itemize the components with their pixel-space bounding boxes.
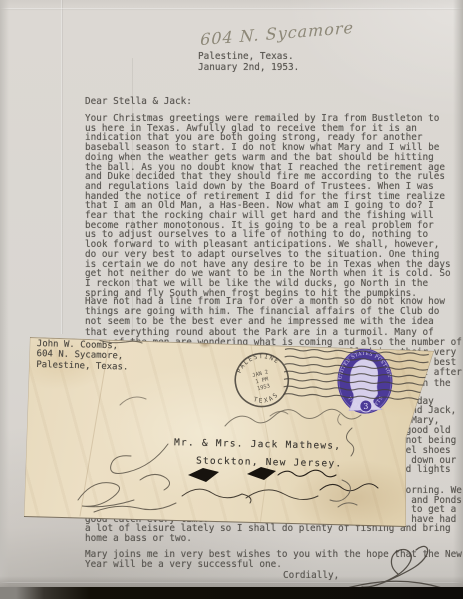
cancellation-wavy-lines [283, 346, 435, 403]
postmark-time: 1 PM [255, 376, 270, 385]
stamp-ring-bottom-text: THREE CENTS [346, 395, 385, 412]
ink-blots [188, 467, 276, 482]
typed-line: home a bass or two. [85, 534, 462, 544]
scanned-letter-photo: 604 N. Sycamore Palestine, Texas. Januar… [0, 0, 463, 599]
svg-text:THREE CENTS: THREE CENTS [346, 395, 385, 412]
postmark-city: PALESTINE [233, 348, 282, 375]
svg-text:PALESTINE: PALESTINE [233, 348, 282, 375]
closing-paragraph: Mary joins me in very best wishes to you… [85, 550, 462, 570]
typed-line: Year will be a very successful one. [85, 560, 462, 570]
postmark-date: JAN 2 [252, 369, 269, 379]
postmark: PALESTINE TEXAS JAN 2 1 PM 1953 [218, 337, 305, 424]
stamp-denomination: 3 [363, 402, 368, 411]
photo-edge-bar [0, 587, 463, 599]
letter-paragraph-1: Your Christmas greetings were remailed b… [85, 114, 451, 298]
washington-bust [347, 359, 382, 411]
stamp-ring-top-text: UNITED STATES POSTAGE [336, 350, 392, 380]
postmark-year: 1953 [257, 383, 271, 392]
return-address: John W. Coombs,604 N. Sycamore,Palestine… [36, 339, 129, 372]
svg-text:TEXAS: TEXAS [251, 390, 282, 407]
postmark-state: TEXAS [251, 390, 282, 407]
salutation: Dear Stella & Jack: [85, 96, 192, 107]
date-line: January 2nd, 1953. [198, 62, 299, 73]
svg-text:UNITED STATES POSTAGE: UNITED STATES POSTAGE [336, 350, 392, 380]
place-line: Palestine, Texas. [198, 51, 294, 62]
postage-stamp: UNITED STATES POSTAGE THREE CENTS 3 [333, 345, 401, 419]
typed-line: Mary joins me in very best wishes to you… [85, 550, 462, 560]
addressee-line-2: Stockton, New Jersey. [196, 455, 343, 469]
addressee-line-1: Mr. & Mrs. Jack Mathews, [174, 437, 341, 452]
typed-line: Palestine, Texas. [36, 360, 128, 373]
signoff: Cordially, [283, 570, 339, 581]
